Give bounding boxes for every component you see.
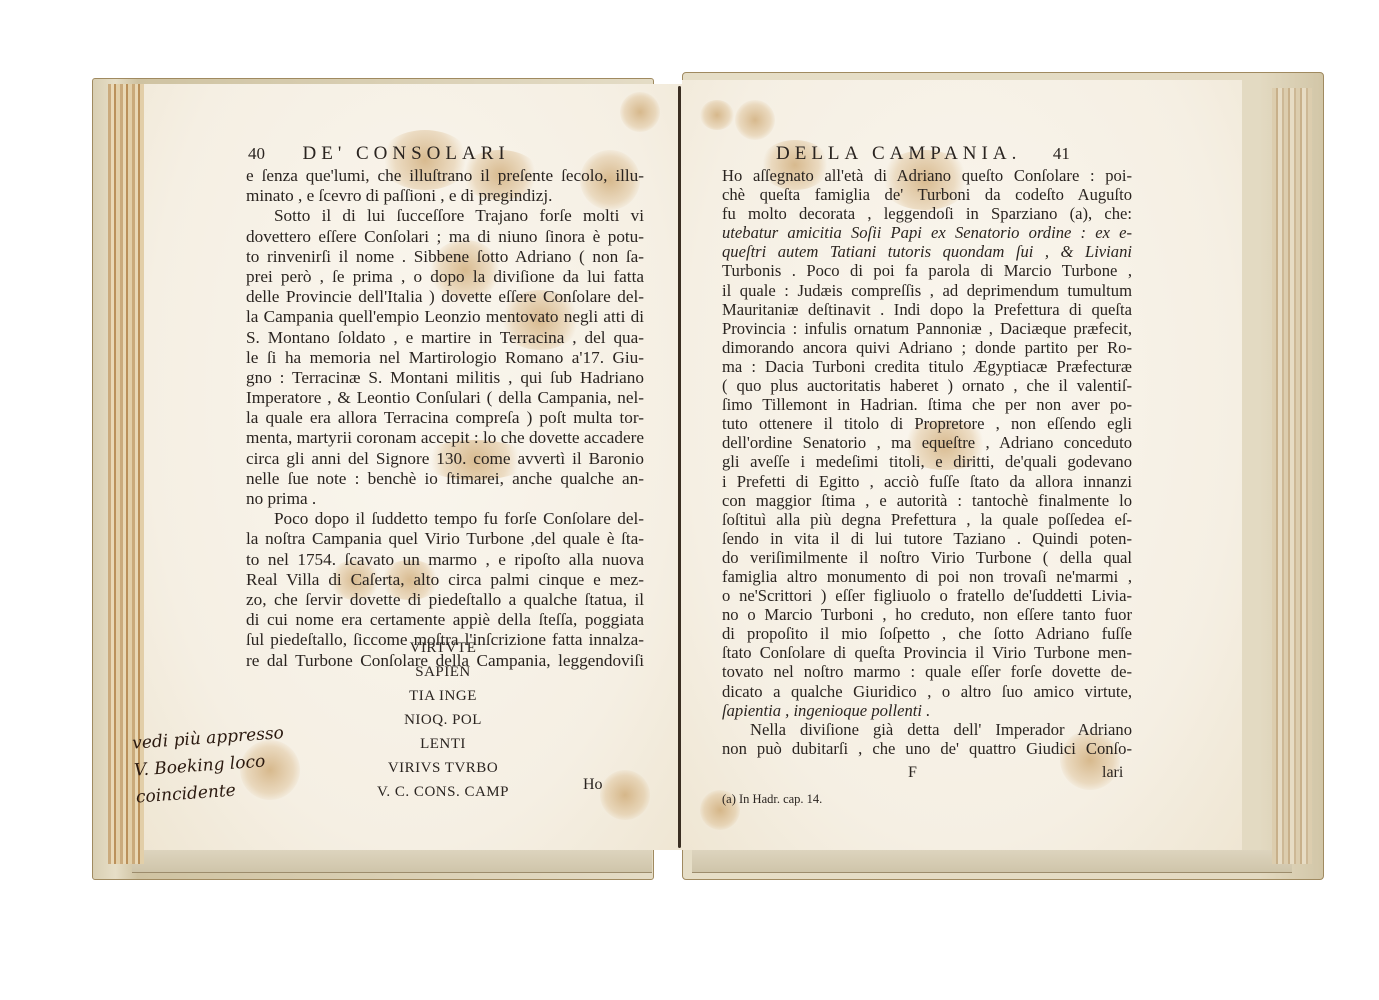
text-line: tuto ottenere il titolo di Propretore , …: [722, 414, 1132, 433]
text-line: famiglia altro monumento di poi non trov…: [722, 567, 1132, 586]
text-line: i Prefetti di Egitto , acciò fuſſe ſtato…: [722, 472, 1132, 491]
inscription-line: NIOQ. POL: [358, 708, 528, 732]
text-line: di cui nome era certamente appiè della ſ…: [246, 610, 644, 630]
text-line: to rinvenirſi il nome . Sibbene ſotto Ad…: [246, 247, 644, 267]
text-line: ſapientia , ingenioque pollenti .: [722, 701, 1132, 720]
text-line: tovato nel noſtro marmo : quale eſſer fo…: [722, 662, 1132, 681]
inscription-line: SAPIEN: [358, 660, 528, 684]
page-number-right: 41: [1053, 144, 1070, 163]
text-line: con maggior ſtima , e autorità : tantoch…: [722, 491, 1132, 510]
right-page-header: DELLA CAMPANIA. 41: [776, 143, 1070, 165]
text-line: Real Villa di Caſerta, alto circa palmi …: [246, 570, 644, 590]
footnote: (a) In Hadr. cap. 14.: [722, 792, 822, 807]
catchword-right: lari: [1102, 764, 1123, 782]
text-line: menta, martyrii coronam accepit : lo che…: [246, 428, 644, 448]
text-line: non può dubitarſi , che uno de' quattro …: [722, 739, 1132, 758]
right-bottom-edge: [692, 850, 1292, 873]
text-line: ma : Dacia Turboni credita titulo Ægypti…: [722, 357, 1132, 376]
text-line: fu molto decorata , leggendoſi in Sparzi…: [722, 204, 1132, 223]
text-line: chè queſta famiglia de' Turboni da codeſ…: [722, 185, 1132, 204]
running-head-right: DELLA CAMPANIA.: [776, 143, 1021, 164]
text-line: il quale : Judæis compreſſis , ad deprim…: [722, 281, 1132, 300]
text-line: circa gli anni del Signore 130. come avv…: [246, 449, 644, 469]
right-page-body: Ho aſſegnato all'età di Adriano queſto C…: [722, 166, 1132, 758]
text-line: e ſenza que'lumi, che illuſtrano il preſ…: [246, 166, 644, 186]
inscription-line: VIRIVS TVRBO: [358, 756, 528, 780]
text-line: la quale era allora Terracina compreſa )…: [246, 408, 644, 428]
text-line: prei però , ſe prima , o dopo la diviſio…: [246, 267, 644, 287]
text-line: ſoſtituì alla più degna Prefettura , la …: [722, 510, 1132, 529]
text-line: Turbonis . Poco di poi fa parola di Marc…: [722, 261, 1132, 280]
text-line: le ſi ha memoria nel Martirologio Romano…: [246, 348, 644, 368]
text-line: Provincia : infulis ornatum Pannoniæ , D…: [722, 319, 1132, 338]
text-line: utebatur amicitia Soſii Papi ex Senatori…: [722, 223, 1132, 242]
text-line: ( quo plus auctoritatis haberet ) ornato…: [722, 376, 1132, 395]
inscription-line: VIRTVTE: [358, 636, 528, 660]
text-line: ſtato Conſolare di queſta Provincia il V…: [722, 643, 1132, 662]
text-line: do veriſimilmente il noſtro Virio Turbon…: [722, 548, 1132, 567]
right-page-block-edge: [1272, 88, 1312, 864]
inscription-line: V. C. CONS. CAMP: [358, 780, 528, 804]
inscription-line: LENTI: [358, 732, 528, 756]
text-line: la noſtra Campania quel Virio Turbone ,d…: [246, 529, 644, 549]
left-bottom-edge: [132, 850, 652, 873]
text-line: no prima .: [246, 489, 644, 509]
text-line: di propoſito il mio ſoſpetto , che ſotto…: [722, 624, 1132, 643]
text-line: Mauritaniæ deſtinavit . Indi dopo la Pre…: [722, 300, 1132, 319]
text-line: Sotto il di lui ſucceſſore Trajano forſe…: [246, 206, 644, 226]
text-line: to nel 1754. ſcavato un marmo , e ripoſt…: [246, 550, 644, 570]
left-page-body: e ſenza que'lumi, che illuſtrano il preſ…: [246, 166, 644, 671]
text-line: Nella diviſione già detta dell' Imperado…: [722, 720, 1132, 739]
text-line: delle Provincie dell'Italia ) dovette eſ…: [246, 287, 644, 307]
text-line: o ne'Scrittori ) eſſer figliuolo o frate…: [722, 586, 1132, 605]
text-line: no o Marcio Turboni , ho creduto, non eſ…: [722, 605, 1132, 624]
text-line: dicato a qualche Giuridico , o altro ſuo…: [722, 682, 1132, 701]
text-line: gli aveſſe i medeſimi titoli, e diritti,…: [722, 452, 1132, 471]
roman-inscription: VIRTVTE SAPIEN TIA INGE NIOQ. POL LENTI …: [358, 636, 528, 804]
book-gutter: [678, 86, 681, 848]
text-line: dell'ordine Senatorio , ma equeſtre , Ad…: [722, 433, 1132, 452]
catchword-left: Ho: [583, 776, 603, 794]
running-head-left: DE' CONSOLARI: [303, 143, 510, 164]
text-line: nelle ſue note : benchè io ſtimarei, anc…: [246, 469, 644, 489]
signature-mark: F: [908, 764, 917, 782]
text-line: S. Montano ſoldato , e martire in Terrac…: [246, 328, 644, 348]
text-line: Poco dopo il ſuddetto tempo fu forſe Con…: [246, 509, 644, 529]
text-line: zo, che ſervir dovette di piedeſtallo a …: [246, 590, 644, 610]
text-line: gno : Terracinæ S. Montani militis , qui…: [246, 368, 644, 388]
text-line: dovettero eſſere Conſolari ; ma di niuno…: [246, 227, 644, 247]
text-line: la Campania quell'empio Leonzio mentovat…: [246, 307, 644, 327]
text-line: minato , e ſcevro di paſſioni , e di pre…: [246, 186, 644, 206]
inscription-line: TIA INGE: [358, 684, 528, 708]
text-line: ſendo in vita il di lui tutore Taziano .…: [722, 529, 1132, 548]
text-line: dimorando ancora quivi Adriano ; donde p…: [722, 338, 1132, 357]
text-line: Ho aſſegnato all'età di Adriano queſto C…: [722, 166, 1132, 185]
text-line: queſtri autem Tatiani tutoris quondam ſu…: [722, 242, 1132, 261]
text-line: Imperatore , & Leontio Conſulari ( della…: [246, 388, 644, 408]
handwritten-annotation: vedi più appresso V. Boeking loco coinci…: [131, 717, 326, 811]
left-page-header: 40 DE' CONSOLARI: [248, 143, 510, 165]
page-number-left: 40: [248, 144, 265, 163]
text-line: ſimo Tillemont in Hadrian. ſtima che per…: [722, 395, 1132, 414]
